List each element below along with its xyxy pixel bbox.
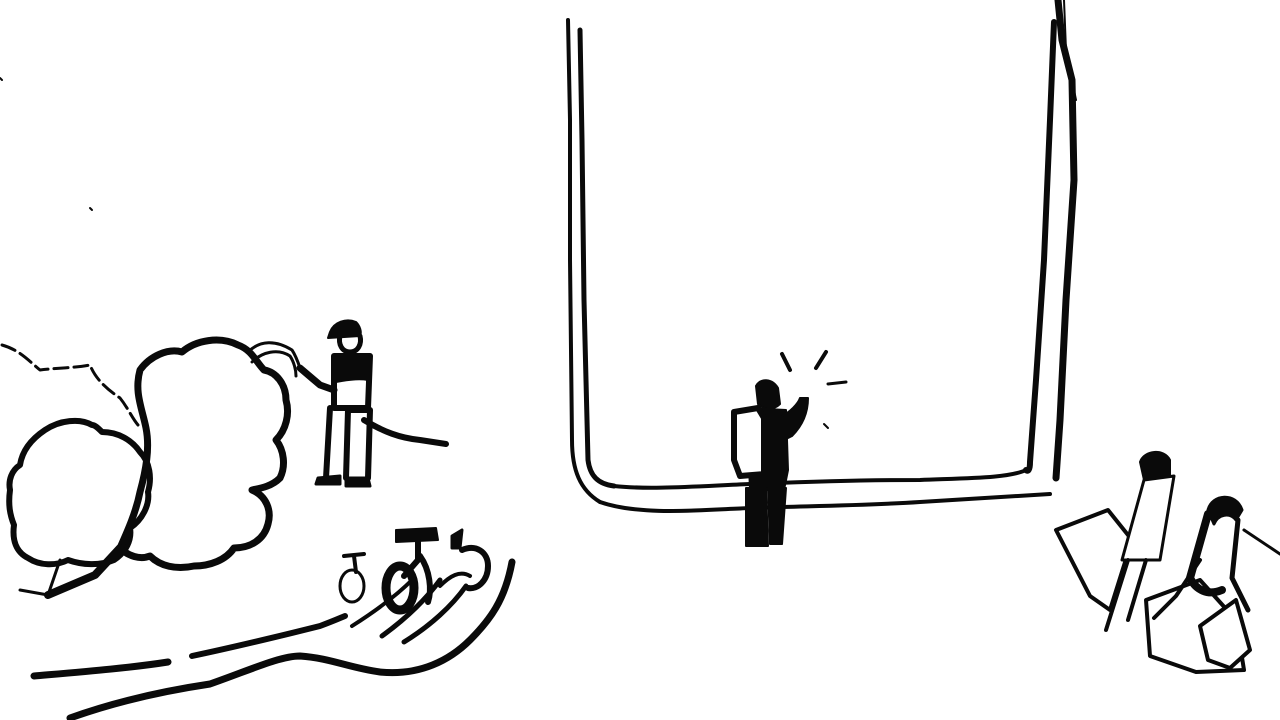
bushes — [2, 340, 288, 595]
hand-with-bikes — [34, 528, 512, 718]
gardener — [248, 320, 446, 486]
screen-frame — [568, 0, 1076, 511]
seated-people — [1056, 452, 1280, 672]
sketch-canvas — [0, 0, 1280, 720]
person-at-screen — [734, 352, 846, 546]
